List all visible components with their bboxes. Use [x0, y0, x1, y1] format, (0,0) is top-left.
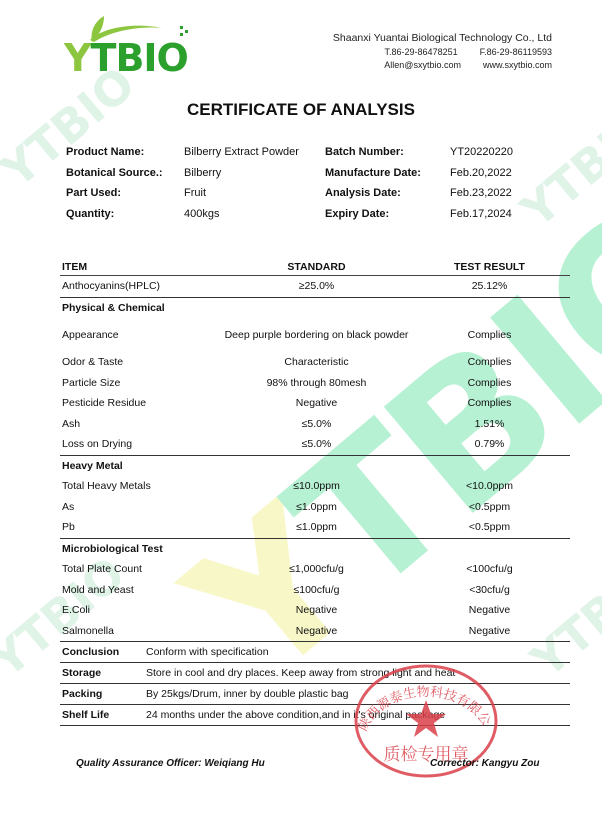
item-cell: Total Plate Count: [60, 563, 224, 575]
item-cell: Pesticide Residue: [60, 397, 224, 409]
conclusion-label: Conclusion: [60, 646, 146, 658]
standard-cell: ≤10.0ppm: [224, 480, 409, 492]
info-label: Manufacture Date:: [325, 167, 450, 179]
info-row: Product Name:Bilberry Extract PowderBatc…: [66, 142, 566, 163]
section-header: Microbiological Test: [60, 539, 570, 560]
section-header: Heavy Metal: [60, 456, 570, 477]
company-logo: YTBIO: [62, 14, 202, 78]
item-cell: Ash: [60, 418, 224, 430]
result-cell: Negative: [409, 604, 570, 616]
info-label: Analysis Date:: [325, 187, 450, 199]
item-cell: Total Heavy Metals: [60, 480, 224, 492]
result-cell: <0.5ppm: [409, 501, 570, 513]
table-row: Total Heavy Metals≤10.0ppm<10.0ppm: [60, 476, 570, 497]
standard-cell: Negative: [224, 397, 409, 409]
table-row: AppearanceDeep purple bordering on black…: [60, 318, 570, 352]
result-cell: 25.12%: [409, 280, 570, 292]
item-cell: As: [60, 501, 224, 513]
qa-officer-signature: Quality Assurance Officer: Weiqiang Hu: [76, 758, 265, 769]
info-label: Part Used:: [66, 187, 184, 199]
table-row: Pb≤1.0ppm<0.5ppm: [60, 517, 570, 539]
product-info: Product Name:Bilberry Extract PowderBatc…: [66, 142, 566, 224]
company-info: Shaanxi Yuantai Biological Technology Co…: [300, 32, 552, 73]
result-cell: 1.51%: [409, 418, 570, 430]
standard-cell: ≥25.0%: [224, 280, 409, 292]
item-cell: Heavy Metal: [60, 460, 224, 472]
result-cell: <100cfu/g: [409, 563, 570, 575]
item-cell: Microbiological Test: [60, 543, 224, 555]
info-value: Feb.20,2022: [450, 167, 560, 179]
standard-cell: ≤1.0ppm: [224, 521, 409, 533]
item-cell: Particle Size: [60, 377, 224, 389]
table-row: Particle Size98% through 80meshComplies: [60, 373, 570, 394]
info-row: Botanical Source.:BilberryManufacture Da…: [66, 163, 566, 184]
result-cell: Complies: [409, 397, 570, 409]
result-cell: <30cfu/g: [409, 584, 570, 596]
document-title: CERTIFICATE OF ANALYSIS: [0, 100, 602, 120]
company-website[interactable]: www.sxytbio.com: [483, 59, 552, 73]
standard-cell: 98% through 80mesh: [224, 377, 409, 389]
standard-cell: ≤1.0ppm: [224, 501, 409, 513]
result-cell: TEST RESULT: [409, 261, 570, 273]
info-value: Bilberry Extract Powder: [184, 146, 325, 158]
result-cell: Negative: [409, 625, 570, 637]
table-row: E.ColiNegativeNegative: [60, 600, 570, 621]
item-cell: Anthocyanins(HPLC): [60, 280, 224, 292]
info-value: 400kgs: [184, 208, 325, 220]
standard-cell: ≤5.0%: [224, 438, 409, 450]
conclusion-label: Packing: [60, 688, 146, 700]
table-row: Loss on Drying≤5.0%0.79%: [60, 434, 570, 456]
result-cell: <0.5ppm: [409, 521, 570, 533]
company-fax: F.86-29-86119593: [480, 46, 552, 60]
info-label: Quantity:: [66, 208, 184, 220]
table-row: Total Plate Count≤1,000cfu/g<100cfu/g: [60, 559, 570, 580]
standard-cell: ≤100cfu/g: [224, 584, 409, 596]
item-cell: Odor & Taste: [60, 356, 224, 368]
company-email[interactable]: Allen@sxytbio.com: [384, 59, 461, 73]
company-tel: T.86-29-86478251: [385, 46, 458, 60]
info-label: Expiry Date:: [325, 208, 450, 220]
item-cell: Mold and Yeast: [60, 584, 224, 596]
info-value: Bilberry: [184, 167, 325, 179]
table-row: Mold and Yeast≤100cfu/g<30cfu/g: [60, 580, 570, 601]
result-cell: <10.0ppm: [409, 480, 570, 492]
standard-cell: Deep purple bordering on black powder: [224, 328, 409, 343]
info-label: Batch Number:: [325, 146, 450, 158]
standard-cell: STANDARD: [224, 261, 409, 273]
conclusion-label: Storage: [60, 667, 146, 679]
item-cell: Salmonella: [60, 625, 224, 637]
info-label: Botanical Source.:: [66, 167, 184, 179]
section-header: Physical & Chemical: [60, 298, 570, 319]
table-row: Ash≤5.0%1.51%: [60, 414, 570, 435]
table-row: Anthocyanins(HPLC)≥25.0%25.12%: [60, 276, 570, 298]
item-cell: Physical & Chemical: [60, 302, 224, 314]
item-cell: ITEM: [60, 261, 224, 273]
item-cell: Loss on Drying: [60, 438, 224, 450]
table-row: Odor & TasteCharacteristicComplies: [60, 352, 570, 373]
table-header: ITEMSTANDARDTEST RESULT: [60, 258, 570, 276]
conclusion-value: Conform with specification: [146, 646, 570, 658]
company-name: Shaanxi Yuantai Biological Technology Co…: [300, 32, 552, 46]
conclusion-label: Shelf Life: [60, 709, 146, 721]
item-cell: Pb: [60, 521, 224, 533]
result-cell: Complies: [409, 329, 570, 341]
analysis-table: ITEMSTANDARDTEST RESULTAnthocyanins(HPLC…: [60, 258, 570, 642]
info-value: Feb.23,2022: [450, 187, 560, 199]
result-cell: Complies: [409, 377, 570, 389]
table-row: SalmonellaNegativeNegative: [60, 621, 570, 643]
table-row: Pesticide ResidueNegativeComplies: [60, 393, 570, 414]
item-cell: Appearance: [60, 329, 224, 341]
standard-cell: ≤1,000cfu/g: [224, 563, 409, 575]
info-row: Part Used:FruitAnalysis Date:Feb.23,2022: [66, 183, 566, 204]
result-cell: 0.79%: [409, 438, 570, 450]
info-value: Fruit: [184, 187, 325, 199]
table-row: As≤1.0ppm<0.5ppm: [60, 497, 570, 518]
result-cell: Complies: [409, 356, 570, 368]
standard-cell: Characteristic: [224, 356, 409, 368]
info-value: YT20220220: [450, 146, 560, 158]
item-cell: E.Coli: [60, 604, 224, 616]
corrector-signature: Corrector: Kangyu Zou: [430, 758, 539, 769]
info-value: Feb.17,2024: [450, 208, 560, 220]
info-label: Product Name:: [66, 146, 184, 158]
logo-text: YTBIO: [64, 36, 188, 80]
conclusion-row: ConclusionConform with specification: [60, 642, 570, 663]
standard-cell: Negative: [224, 604, 409, 616]
standard-cell: ≤5.0%: [224, 418, 409, 430]
standard-cell: Negative: [224, 625, 409, 637]
info-row: Quantity:400kgsExpiry Date:Feb.17,2024: [66, 204, 566, 225]
